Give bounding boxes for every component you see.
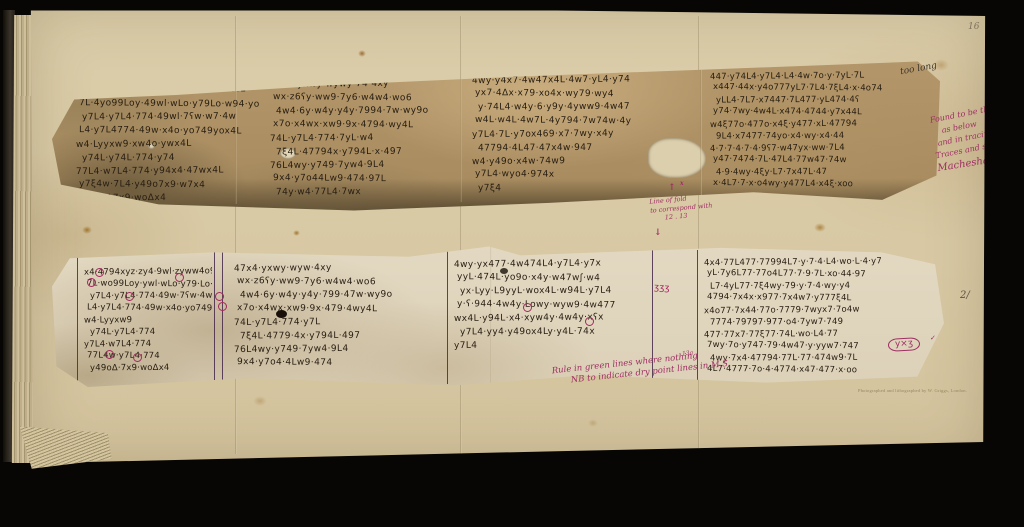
- inscription-strip-bottom: x4·4794xyz·zy4·9wl·zyww4o9wx4L7L·wo99Loy…: [52, 242, 944, 390]
- inscription-strip-top: x4·4794xyz·z4·49wl·zyww4o9wx4L7L·4yo99Lo…: [52, 60, 940, 212]
- foxing-stain: [82, 226, 92, 234]
- ink-blotch: [500, 268, 508, 274]
- foxing-stain: [253, 396, 267, 406]
- script-line: 4w4·6y·w4y·y4y·799·47w·wy9o: [240, 288, 444, 303]
- script-line: y7ξ4: [478, 181, 697, 195]
- script-line: 4w4·6y·w4y·y4y·7994·7w·wy9o: [276, 104, 475, 119]
- fold-crease: [235, 16, 237, 454]
- circled-glyph-annotation: y×ʒ: [888, 337, 921, 352]
- script-line: 76L4wy·y749·7yw4·9L4: [270, 158, 475, 174]
- script-line: 77L4·w7L4·774·y94x4·47wx4L: [76, 164, 276, 180]
- pencil-fraction-mark: 2/: [960, 290, 970, 301]
- printer-imprint: Photographed and lithographed by W. Grig…: [858, 388, 967, 393]
- proof-circle-mark: [133, 353, 142, 362]
- proof-circle-mark: [95, 268, 104, 277]
- script-line: w4·y49o·x4w·74w9: [472, 154, 697, 170]
- column-rule: [77, 252, 78, 384]
- script-line: x4·4794xyz·z4·49wl·zyww4o9wx4L: [76, 84, 276, 99]
- script-line: x·4L7·7·x·o4wy·y477L4·x4ξ·xoo: [713, 177, 934, 190]
- script-line: 7L·wo99Loy·ywl·wLo·y79·Lo·w94yo: [87, 277, 212, 290]
- column-rule: [222, 250, 223, 384]
- script-line: y49oΔ·7x9·woΔx4: [90, 362, 212, 374]
- proof-circle-mark: [87, 278, 96, 287]
- script-line: y7L4·y7L4·774·49w·7ʕw·4w: [90, 290, 212, 303]
- script-line: 76L4wy·y749·7yw4·9L4: [234, 342, 444, 358]
- foxing-stain: [293, 230, 300, 236]
- script-line: y7ξ4w·7L4·y49o7x9·w7x4: [79, 178, 276, 193]
- script-line: y7L4·y7L4·774·49wl·7ʕw·w7·4w: [82, 110, 276, 125]
- arrow-up-mark: ↑: [668, 183, 676, 193]
- annotation-same-as-below: Found to be the same as below and in tra…: [929, 94, 1024, 175]
- script-line: y·74L4·w4y·6·y9y·4yww9·4w47: [478, 100, 697, 115]
- column-rule: [447, 248, 448, 384]
- foxing-stain: [814, 223, 826, 232]
- arrow-down-mark: ↓: [654, 228, 662, 238]
- script-line: yx·Lyy·L9yyL·wox4L·w94L·y7L4: [460, 284, 649, 299]
- proof-circle-mark: [215, 292, 224, 301]
- script-line: yΔ9oΔ7x9·woΔx4: [82, 191, 276, 205]
- foxing-stain: [588, 419, 598, 427]
- script-column: 447·y74L4·y7L4·L4·4w·7o·y·7yL·7Lx447·44x…: [710, 70, 934, 190]
- foxing-stain: [358, 50, 366, 57]
- script-column: 4x4·77L477·77994L7·y·7·4·L4·wo·L·4·y7yL·…: [704, 256, 940, 376]
- script-line: 4L7·4777·7o·4·4774·x47·477·x·oo: [707, 363, 940, 376]
- script-line: 74L·y7L4·774·7yL·w4: [270, 131, 475, 147]
- script-column: 47x4·yxwy·wyw·4xywx·z6ʕy·ww9·7y6·w4w4·wo…: [234, 262, 444, 370]
- strip-fold: [700, 60, 702, 206]
- proof-circle-mark: [125, 292, 134, 301]
- script-column: 47x4·yxwy·wywy·74·4xywx·z6ʕy·ww9·7y6·w4w…: [270, 78, 475, 200]
- page-number: 16: [968, 22, 979, 32]
- column-rule: [214, 250, 215, 384]
- script-line: w4·Lyyxw9·xw4o·ywx4L: [76, 137, 276, 153]
- proof-circle-mark: [585, 317, 594, 326]
- script-column: 4wy·y4x7·4w47x4L·4w7·yL4·y74yx7·4Δx·x79·…: [472, 74, 697, 196]
- check-mark: ✓: [930, 334, 936, 342]
- ink-blotch: [276, 310, 287, 318]
- script-line: y7L4: [454, 338, 649, 353]
- proof-circle-mark: [218, 302, 227, 311]
- script-line: 74L·y7L4·774·y7L: [234, 315, 444, 331]
- annotation-superscript: 13a: [682, 349, 694, 357]
- script-line: wx4L·y94L·x4·xyw4y·4w4y·xʕx: [454, 311, 649, 327]
- script-line: yyL·474L·yo9o·x4y·w47wʃ·w4: [457, 271, 649, 286]
- script-line: 4wy·yx477·4w474L4·y7L4·y7x: [454, 258, 649, 273]
- script-line: w4·Lyyxw9: [84, 313, 212, 326]
- annotation-line-of-fold: Line of fold to correspond with 12 . 13: [649, 192, 713, 223]
- proof-circle-mark: [523, 303, 532, 312]
- script-column: x4·4794xyz·z4·49wl·zyww4o9wx4L7L·4yo99Lo…: [76, 84, 276, 206]
- script-line: y7L4·7L·y7ox469·x7·7wy·x4y: [472, 127, 697, 143]
- script-column: 4wy·yx477·4w474L4·y7L4·y7xyyL·474L·yo9o·…: [454, 258, 649, 353]
- script-line: 7L·4yo99Loy·49wl·wLo·y79Lo·w94·yo: [79, 97, 276, 112]
- scanned-book-photograph: x4·4794xyz·z4·49wl·zyww4o9wx4L7L·4yo99Lo…: [0, 0, 1024, 527]
- script-column: x4·4794xyz·zy4·9wl·zyww4o9wx4L7L·wo99Loy…: [84, 266, 212, 374]
- x-mark: x: [680, 180, 684, 187]
- script-line: 9x4·y7o4·4Lw9·474: [237, 356, 444, 370]
- proof-circle-mark: [105, 350, 114, 359]
- album-page: x4·4794xyz·z4·49wl·zyww4o9wx4L7L·4yo99Lo…: [28, 4, 988, 466]
- proof-squiggle-mark: ʒʒʒ: [654, 284, 665, 294]
- script-line: y74L·y7L4·774: [90, 326, 212, 339]
- proof-circle-mark: [175, 273, 184, 282]
- script-line: 74y·w4·77L4·7wx: [276, 185, 475, 199]
